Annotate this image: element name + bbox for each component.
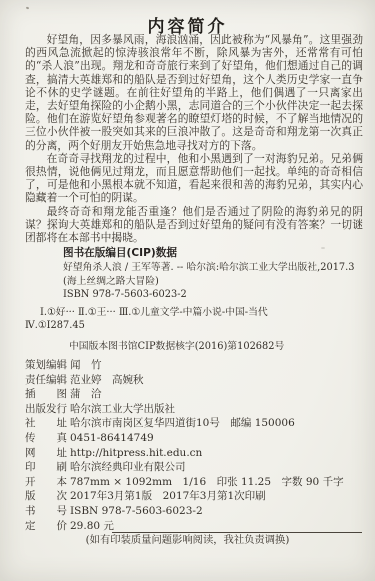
- divider-rule: [112, 532, 362, 533]
- colophon-label: 定 价: [25, 519, 70, 534]
- colophon-label: 责任编辑: [25, 373, 70, 388]
- colophon-value: ISBN 978-7-5603-6023-2: [70, 504, 363, 519]
- colophon-value: 29.80 元: [70, 519, 363, 534]
- colophon-value: 哈尔滨经典印业有限公司: [70, 460, 363, 475]
- cip-classification-line: Ⅰ.①好··· Ⅱ.①王··· Ⅲ.①儿童文学-中篇小说-中国-当代: [25, 306, 363, 320]
- cip-heading: 图书在版编目(CIP)数据: [25, 246, 363, 261]
- cip-isbn: ISBN 978-7-5603-6023-2: [25, 288, 363, 302]
- synopsis-paragraph: 最终奇奇和翔龙能否重逢？他们是否通过了阴险的海豹弟兄的阴谋？探询大英雄郑和的船队…: [25, 205, 363, 245]
- colophon-block: 策划编辑 闻 竹 责任编辑 范业婷 高婉秋 插 图 蒲 洽 出版发行 哈尔滨工业…: [25, 358, 363, 533]
- synopsis-block: 好望角，因多暴风雨，海浪汹涌，因此被称为“风暴角”。这里强劲的西风急流掀起的惊涛…: [25, 33, 363, 245]
- colophon-value: 哈尔滨工业大学出版社: [70, 402, 363, 417]
- colophon-row: 版 次 2017年3月第1版 2017年3月第1次印刷: [25, 489, 363, 504]
- synopsis-paragraph: 好望角，因多暴风雨，海浪汹涌，因此被称为“风暴角”。这里强劲的西风急流掀起的惊涛…: [25, 33, 363, 152]
- colophon-row: 插 图 蒲 洽: [25, 387, 363, 402]
- cip-series-title: (海上丝绸之路大冒险): [25, 275, 363, 289]
- colophon-row: 社 址 哈尔滨市南岗区复华四道街10号 邮编 150006: [25, 416, 363, 431]
- colophon-row: 印 刷 哈尔滨经典印业有限公司: [25, 460, 363, 475]
- synopsis-paragraph: 在奇奇寻找翔龙的过程中，他和小黑遇到了一对海豹兄弟。兄弟俩很热情，说他俩见过翔龙…: [25, 152, 363, 205]
- colophon-row: 责任编辑 范业婷 高婉秋: [25, 373, 363, 388]
- colophon-row: 出版发行 哈尔滨工业大学出版社: [25, 402, 363, 417]
- colophon-label: 插 图: [25, 387, 70, 402]
- colophon-row: 开 本 787mm × 1092mm 1/16 印张 11.25 字数 90 千…: [25, 475, 363, 490]
- colophon-value: 哈尔滨市南岗区复华四道街10号 邮编 150006: [70, 416, 363, 431]
- colophon-value: 787mm × 1092mm 1/16 印张 11.25 字数 90 千字: [70, 475, 363, 490]
- colophon-label: 策划编辑: [25, 358, 70, 373]
- quality-exchange-note: (如有印装质量问题影响阅读，我社负责调换): [0, 534, 375, 547]
- colophon-label: 出版发行: [25, 402, 70, 417]
- cip-record: 好望角杀人浪 / 王军等著. -- 哈尔滨:哈尔滨工业大学出版社,2017.3: [25, 261, 363, 275]
- colophon-label: 印 刷: [25, 460, 70, 475]
- colophon-row: 策划编辑 闻 竹: [25, 358, 363, 373]
- cip-block: 图书在版编目(CIP)数据 好望角杀人浪 / 王军等著. -- 哈尔滨:哈尔滨工…: [25, 246, 363, 354]
- colophon-label: 社 址: [25, 416, 70, 431]
- scan-speck: [26, 7, 30, 10]
- colophon-value: http://hitpress.hit.edu.cn: [70, 446, 363, 461]
- colophon-row: 定 价 29.80 元: [25, 519, 363, 534]
- cip-classification-line: Ⅳ.①I287.45: [25, 319, 363, 333]
- colophon-label: 版 次: [25, 489, 70, 504]
- colophon-row: 网 址 http://hitpress.hit.edu.cn: [25, 446, 363, 461]
- colophon-value: 2017年3月第1版 2017年3月第1次印刷: [70, 489, 363, 504]
- cip-registration-number: 中国版本图书馆CIP数据核字(2016)第102682号: [25, 340, 363, 354]
- colophon-row: 传 真 0451-86414749: [25, 431, 363, 446]
- colophon-label: 开 本: [25, 475, 70, 490]
- colophon-value: 闻 竹: [70, 358, 363, 373]
- colophon-value: 0451-86414749: [70, 431, 363, 446]
- colophon-label: 网 址: [25, 446, 70, 461]
- book-copyright-page: 内容简介 好望角，因多暴风雨，海浪汹涌，因此被称为“风暴角”。这里强劲的西风急流…: [0, 0, 375, 581]
- colophon-label: 传 真: [25, 431, 70, 446]
- colophon-value: 范业婷 高婉秋: [70, 373, 363, 388]
- colophon-value: 蒲 洽: [70, 387, 363, 402]
- colophon-label: 书 号: [25, 504, 70, 519]
- colophon-row: 书 号 ISBN 978-7-5603-6023-2: [25, 504, 363, 519]
